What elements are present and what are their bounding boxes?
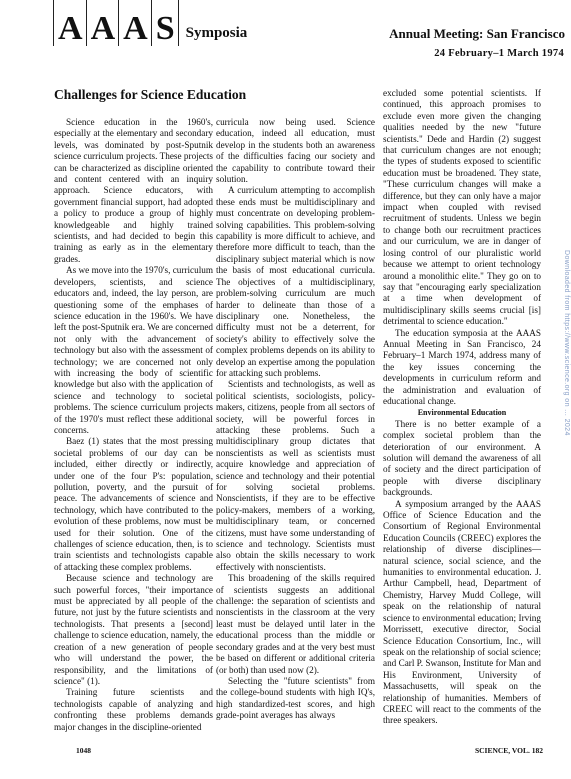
page-number: 1048 [76,746,91,755]
paragraph: Training future scientists and technolog… [54,687,213,733]
paragraph: excluded some potential scientists. If c… [383,88,541,328]
paragraph: There is no better example of a complex … [383,419,541,499]
paragraph: A symposium arranged by the AAAS Office … [383,499,541,727]
meeting-title: Annual Meeting: San Francisco [389,26,565,42]
paragraph: curricula now being used. Science educat… [216,117,375,185]
paragraph: As we move into the 1970's, curriculum d… [54,265,213,436]
aaas-logo: A A A S Symposia [53,0,247,46]
paragraph: Because science and technology are such … [54,573,213,687]
column-2: curricula now being used. Science educat… [216,117,375,722]
paragraph: This broadening of the skills required o… [216,573,375,676]
paragraph: Selecting the "future scientists" from t… [216,676,375,722]
column-3: excluded some potential scientists. If c… [383,88,541,727]
logo-letter: A [86,0,119,46]
article-title: Challenges for Science Education [54,87,246,103]
paragraph: Scientists and technologists, as well as… [216,379,375,573]
logo-letter: A [118,0,151,46]
column-1: Science education in the 1960's, especia… [54,117,213,733]
paragraph: The education symposia at the AAAS Annua… [383,328,541,408]
logo-letter: S [151,0,179,46]
download-watermark: Downloaded from https://www.science.org … [563,250,570,436]
paragraph: A curriculum attempting to accomplish th… [216,185,375,379]
logo-suffix: Symposia [186,24,248,46]
paragraph: Baez (1) states that the most pressing s… [54,436,213,573]
meeting-dates: 24 February–1 March 1974 [434,48,564,59]
journal-footer: SCIENCE, VOL. 182 [475,746,543,755]
logo-letter: A [53,0,86,46]
paragraph: Science education in the 1960's, especia… [54,117,213,265]
section-subheading: Environmental Education [383,407,541,418]
